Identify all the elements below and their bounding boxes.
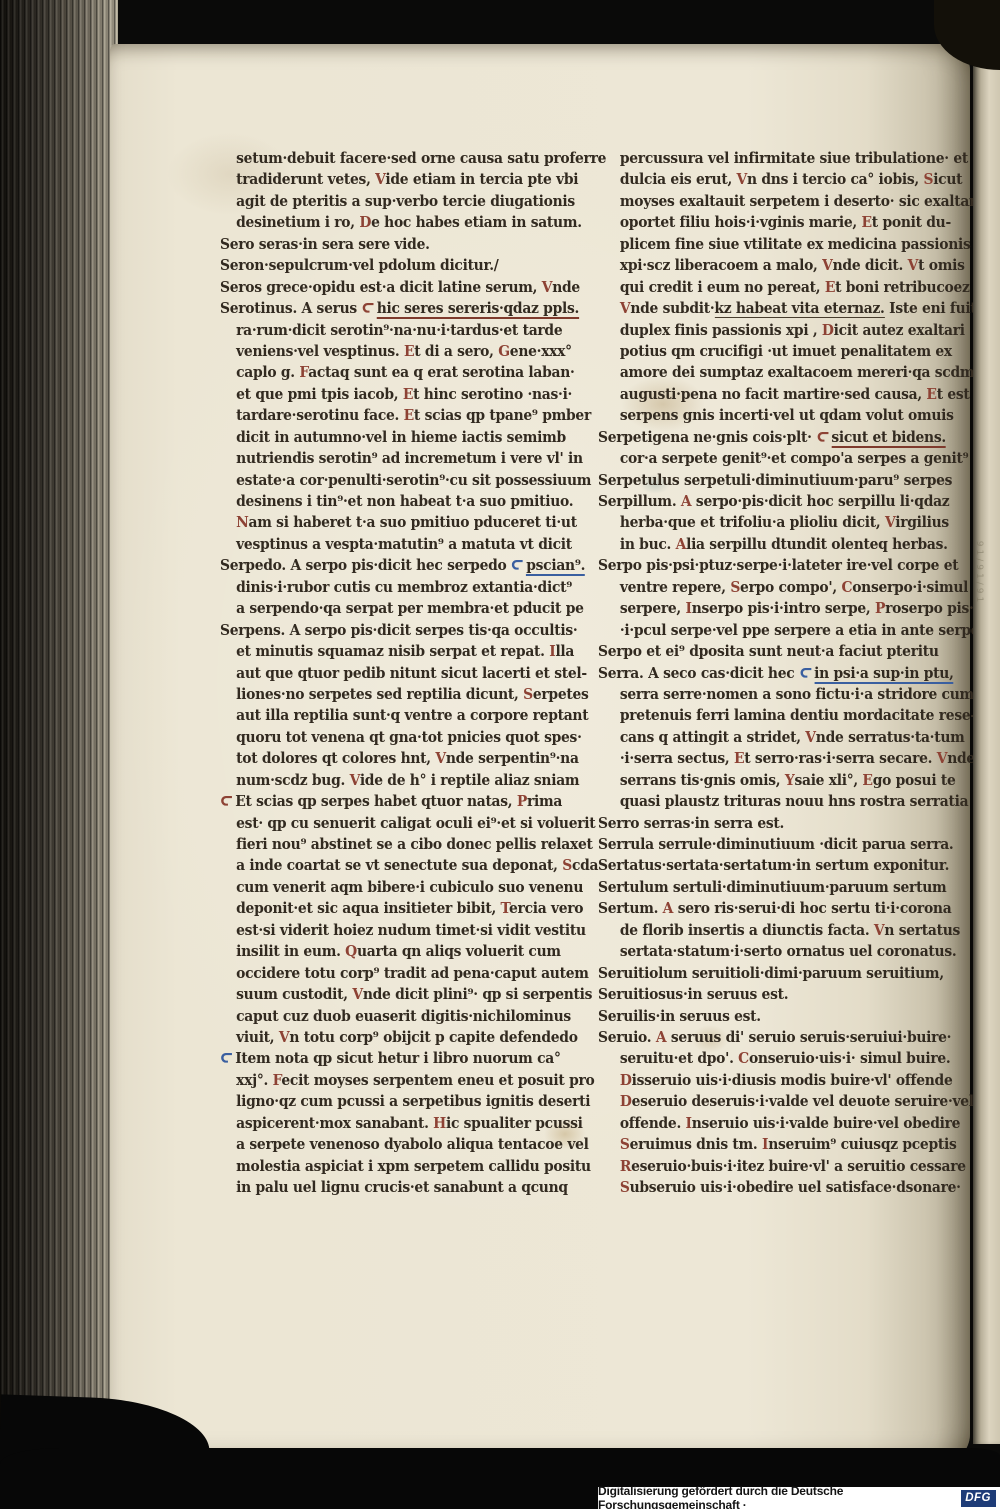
text-line: Sertulum sertuli·diminutiuum·paruum sert… [598, 877, 951, 898]
text-segment: t ponit du- [872, 214, 951, 231]
text-segment: insilit in eum. [236, 943, 345, 960]
text-line: a serpete venenoso dyabolo aliqua tentac… [220, 1134, 573, 1155]
text-segment: E [862, 214, 872, 231]
text-segment: kz habeat vita eternaz. [714, 300, 884, 318]
text-line: cans q attingit a stridet, Vnde serratus… [598, 727, 951, 748]
text-segment: aut que qtuor pedib nitunt sicut lacerti… [236, 665, 587, 682]
text-segment: Item nota qp sicut hetur i libro nuorum … [235, 1050, 560, 1067]
text-line: num·scdz bug. Vide de h° i reptile aliaz… [220, 770, 573, 791]
text-line: in buc. Alia serpillu dtundit olenteq he… [598, 534, 951, 555]
text-segment: serpo·pis·dicit hoc serpillu li·qdaz [691, 493, 949, 510]
text-segment: est· qp cu senuerit caligat oculi ei⁹·et… [236, 815, 595, 832]
text-line: pretenuis ferri lamina dentiu mordacitat… [598, 705, 951, 726]
text-segment: roserpo pis· [885, 600, 973, 617]
text-segment: nseruim⁹ cuiusqz pceptis [768, 1136, 956, 1153]
text-segment: cda [572, 857, 598, 874]
text-segment: serrans tis·gnis omis, [620, 772, 785, 789]
text-segment: e hoc habes etiam in satum. [371, 214, 582, 231]
text-segment: Sertum. [598, 900, 663, 917]
text-line: Seruitiosus·in seruus est. [598, 984, 951, 1005]
text-segment: ·i·serra sectus, [620, 750, 734, 767]
text-segment: Et scias qp serpes habet qtuor natas, [235, 793, 517, 810]
paragraph-mark-icon [800, 665, 811, 686]
text-line: dinis·i·rubor cutis cu membroz extantia·… [220, 577, 573, 598]
text-segment: tradiderunt vetes, [236, 171, 375, 188]
text-line: Seros grece·opidu est·a dicit latine ser… [220, 277, 573, 298]
text-line: cum venerit aqm bibere·i cubiculo suo ve… [220, 877, 573, 898]
text-segment: go posui te [873, 772, 956, 789]
text-line: ·i·pcul serpe·vel ppe serpere a etia in … [598, 620, 951, 641]
text-segment: qui credit i eum no pereat, [620, 279, 825, 296]
text-line: Serra. A seco cas·dicit hec in psi·a sup… [598, 663, 951, 684]
text-segment: t di a sero, [414, 343, 498, 360]
text-line: Et scias qp serpes habet qtuor natas, Pr… [220, 791, 573, 812]
text-segment: Serpens. A serpo pis·dicit serpes tis·qa… [220, 622, 577, 639]
text-segment: agit de pteritis a sup·verbo tercie diug… [236, 193, 575, 210]
text-segment: ubseruio uis·i·obedire uel satisface·dso… [630, 1179, 961, 1196]
text-segment: caplo g. [236, 364, 299, 381]
text-segment: Serpedo. A serpo pis·dicit hec serpedo [220, 557, 511, 574]
text-line: veniens·vel vesptinus. Et di a sero, Gen… [220, 341, 573, 362]
text-segment: Serpillum. [598, 493, 681, 510]
text-segment: t boni retribucoez [835, 279, 969, 296]
text-segment: nutriendis serotin⁹ ad incremetum i vere… [236, 450, 583, 467]
text-line: Serrula serrule·diminutiuum ·dicit parua… [598, 834, 951, 855]
text-segment: S [562, 857, 572, 874]
text-line: fieri nou⁹ abstinet se a cibo donec pell… [220, 834, 573, 855]
text-segment: tardare·serotinu face. [236, 407, 403, 424]
text-line: et minutis squamaz nisib serpat et repat… [220, 641, 573, 662]
text-segment: ra·rum·dicit serotin⁹·na·nu·i·tardus·et … [236, 322, 562, 339]
paragraph-mark-icon [817, 429, 828, 450]
text-segment: E [404, 343, 414, 360]
text-segment: S [620, 1136, 630, 1153]
text-segment: Seruio. [598, 1029, 656, 1046]
text-segment: Y [785, 772, 795, 789]
text-segment: H [433, 1115, 446, 1132]
text-segment: R [620, 1158, 631, 1175]
paragraph-mark-icon [512, 557, 523, 578]
text-segment: dulcia eis erut, [620, 171, 737, 188]
text-segment: nde dicit. [833, 257, 908, 274]
text-line: Seruio. A seruus di' seruio seruis·serui… [598, 1027, 951, 1048]
text-segment: est·si viderit hoiez nudum timet·si vidi… [236, 922, 586, 939]
text-segment: t hinc serotino ·nas·i· [413, 386, 572, 403]
text-segment: Q [345, 943, 357, 960]
text-line: Reseruio·buis·i·itez buire·vl' a seruiti… [598, 1156, 951, 1177]
text-segment: ide etiam in tercia pte vbi [385, 171, 578, 188]
text-line: Serotinus. A serus hic seres sereris·qda… [220, 298, 573, 319]
text-segment: quoru tot venena qt gna·tot pnicies quot… [236, 729, 581, 746]
text-segment: V [822, 257, 832, 274]
dfg-logo: DFG [961, 1490, 996, 1507]
text-segment: ecit moyses serpentem eneu et posuit pro [281, 1072, 594, 1089]
text-segment: V [908, 257, 918, 274]
text-segment: V [620, 300, 630, 317]
text-segment: V [805, 729, 815, 746]
text-line: Vnde subdit·kz habeat vita eternaz. Iste… [598, 298, 951, 319]
text-segment: nde dicit plini⁹· qp si serpentis [363, 986, 592, 1003]
text-segment: V [737, 171, 747, 188]
text-line: Seruimus dnis tm. Inseruim⁹ cuiusqz pcep… [598, 1134, 951, 1155]
text-segment: pretenuis ferri lamina dentiu mordacitat… [620, 707, 976, 724]
text-segment: S [620, 1179, 630, 1196]
text-line: dicit in autumno·vel in hieme iactis sem… [220, 427, 573, 448]
text-segment: G [498, 343, 510, 360]
text-segment: V [937, 750, 947, 767]
text-segment: ligno·qz cum pcussi a serpetibus ignitis… [236, 1093, 590, 1110]
text-segment: actaq sunt ea q erat serotina laban· [308, 364, 574, 381]
book-scan: setum·debuit facere·sed orne causa satu … [0, 0, 1000, 1509]
text-segment: xxj°. [236, 1072, 272, 1089]
text-line: percussura vel infirmitate siue tribulat… [598, 148, 951, 169]
text-segment: veniens·vel vesptinus. [236, 343, 404, 360]
text-segment: cor·a serpete genit⁹·et compo'a serpes a… [620, 450, 969, 467]
text-segment: V [375, 171, 385, 188]
text-line: Nam si haberet t·a suo pmitiuo pduceret … [220, 512, 573, 533]
text-segment: V [352, 986, 362, 1003]
text-segment: Serpo et ei⁹ dposita sunt neut·a faciut … [598, 643, 939, 660]
text-segment: S [523, 686, 533, 703]
text-line: et que pmi tpis iacob, Et hinc serotino … [220, 384, 573, 405]
text-segment: caput cuz duob euaserit digitis·nichilom… [236, 1008, 571, 1025]
text-segment: icut [933, 171, 962, 188]
text-segment: a serpete venenoso dyabolo aliqua tentac… [236, 1136, 588, 1153]
text-line: caput cuz duob euaserit digitis·nichilom… [220, 1006, 573, 1027]
text-segment: percussura vel infirmitate siue tribulat… [620, 150, 968, 167]
text-segment: C [738, 1050, 749, 1067]
text-line: Serpillum. A serpo·pis·dicit hoc serpill… [598, 491, 951, 512]
facing-page-sliver: 91/91/91 [973, 48, 1000, 1444]
text-line: Seruilis·in seruus est. [598, 1006, 951, 1027]
text-line: potius qm crucifigi ·ut imuet penalitate… [598, 341, 951, 362]
text-segment: Sertulum sertuli·diminutiuum·paruum sert… [598, 879, 946, 896]
text-line: tardare·serotinu face. Et scias qp tpane… [220, 405, 573, 426]
text-segment: P [875, 600, 885, 617]
text-line: dulcia eis erut, Vn dns i tercio ca° iob… [598, 169, 951, 190]
text-segment: E [404, 407, 414, 424]
text-segment: pscian⁹. [526, 557, 585, 576]
text-segment: t omis [918, 257, 965, 274]
text-segment: ventre repere, [620, 579, 730, 596]
text-segment: estate·a cor·penulti·serotin⁹·cu sit pos… [236, 472, 591, 489]
text-line: Item nota qp sicut hetur i libro nuorum … [220, 1048, 573, 1069]
text-segment: Seruitiosus·in seruus est. [598, 986, 788, 1003]
text-segment: ·i·pcul serpe·vel ppe serpere a etia in … [620, 622, 980, 639]
text-segment: onseruio·uis·i· simul buire. [749, 1050, 951, 1067]
text-segment: erpetes [533, 686, 589, 703]
text-segment: in buc. [620, 536, 676, 553]
text-line: Subseruio uis·i·obedire uel satisface·ds… [598, 1177, 951, 1198]
text-line: augusti·pena no facit martire·sed causa,… [598, 384, 951, 405]
text-segment: isseruio uis·i·diusis modis buire·vl' of… [632, 1072, 953, 1089]
text-segment: desinens i tin⁹·et non habeat t·a suo pm… [236, 493, 573, 510]
text-line: Serpedo. A serpo pis·dicit hec serpedo p… [220, 555, 573, 576]
text-line: Disseruio uis·i·diusis modis buire·vl' o… [598, 1070, 951, 1091]
text-segment: D [620, 1093, 632, 1110]
text-line: suum custodit, Vnde dicit plini⁹· qp si … [220, 984, 573, 1005]
text-segment: sicut et bidens. [831, 429, 946, 448]
credit-text: Digitalisierung gefördert durch die Deut… [598, 1484, 956, 1509]
text-line: insilit in eum. Quarta qn aliqs voluerit… [220, 941, 573, 962]
text-segment: uarta qn aliqs voluerit cum [357, 943, 561, 960]
text-segment: E [862, 772, 872, 789]
text-segment: seruitu·et dpo'. [620, 1050, 738, 1067]
text-segment: nde [552, 279, 580, 296]
text-segment: n totu corp⁹ obijcit p capite defendedo [289, 1029, 577, 1046]
text-segment: plicem fine siue vtilitate ex medicina p… [620, 236, 971, 253]
text-segment: E [926, 386, 936, 403]
text-line: viuit, Vn totu corp⁹ obijcit p capite de… [220, 1027, 573, 1048]
text-segment: liones·no serpetes sed reptilia dicunt, [236, 686, 523, 703]
text-line: nutriendis serotin⁹ ad incremetum i vere… [220, 448, 573, 469]
text-line: aut illa reptilia sunt·q ventre a corpor… [220, 705, 573, 726]
text-segment: V [279, 1029, 289, 1046]
text-line: quoru tot venena qt gna·tot pnicies quot… [220, 727, 573, 748]
text-segment: V [350, 772, 360, 789]
text-segment: A [663, 900, 673, 917]
text-line: desinetium i ro, De hoc habes etiam in s… [220, 212, 573, 233]
text-segment: saie xli°, [794, 772, 862, 789]
text-line: quasi plaustz trituras nouu hns rostra s… [598, 791, 951, 812]
text-line: de florib insertis a diunctis facta. Vn … [598, 920, 951, 941]
text-segment: Sero seras·in sera sere vide. [220, 236, 430, 253]
text-segment: V [435, 750, 445, 767]
text-segment: serra serre·nomen a sono fictu·i·a strid… [620, 686, 974, 703]
text-segment: aut illa reptilia sunt·q ventre a corpor… [236, 707, 588, 724]
page-edges-top [0, 0, 1000, 46]
text-segment: vesptinus a vespta·matutin⁹ a matuta vt … [236, 536, 572, 553]
text-line: xxj°. Fecit moyses serpentem eneu et pos… [220, 1070, 573, 1091]
text-segment: t serro·ras·i·serra secare. [744, 750, 936, 767]
text-segment: ic spualiter pcussi [446, 1115, 583, 1132]
text-segment: tot dolores qt colores hnt, [236, 750, 435, 767]
text-segment: V [885, 514, 895, 531]
text-segment: dicit in autumno·vel in hieme iactis sem… [236, 429, 566, 446]
text-segment: Iste eni fuit [885, 300, 977, 317]
text-line: Serpo pis·psi·ptuz·serpe·i·lateter ire·v… [598, 555, 951, 576]
text-segment: Serrula serrule·diminutiuum ·dicit parua… [598, 836, 953, 853]
text-segment: nseruio uis·i·valde buire·vel obedire [692, 1115, 960, 1132]
text-segment: D [822, 322, 834, 339]
text-segment: am si haberet t·a suo pmitiuo pduceret t… [249, 514, 577, 531]
text-segment: E [734, 750, 744, 767]
text-line: tot dolores qt colores hnt, Vnde serpent… [220, 748, 573, 769]
text-segment: n sertatus [884, 922, 960, 939]
text-segment: nde subdit· [630, 300, 714, 317]
text-line: a inde coartat se vt senectute sua depon… [220, 855, 573, 876]
text-segment: xpi·scz liberacoem a malo, [620, 257, 822, 274]
text-segment: Seron·sepulcrum·vel pdolum dicitur./ [220, 257, 499, 274]
text-segment: dinis·i·rubor cutis cu membroz extantia·… [236, 579, 572, 596]
text-segment: moyses exaltauit serpetem i deserto· sic… [620, 193, 981, 210]
text-segment: V [874, 922, 884, 939]
text-line: herba·que et trifoliu·a plioliu dicit, V… [598, 512, 951, 533]
text-line: est· qp cu senuerit caligat oculi ei⁹·et… [220, 813, 573, 834]
text-segment: offende. [620, 1115, 686, 1132]
text-segment: lia serpillu dtundit olenteq herbas. [686, 536, 948, 553]
text-segment: eseruio·buis·i·itez buire·vl' a seruitio… [631, 1158, 966, 1175]
text-line: Serro serras·in serra est. [598, 813, 951, 834]
text-segment: Serotinus. A serus [220, 300, 361, 317]
text-line: moyses exaltauit serpetem i deserto· sic… [598, 191, 951, 212]
text-segment: serpens gnis incerti·vel ut qdam volut o… [620, 407, 954, 424]
text-line: Sertatus·sertata·sertatum·in sertum expo… [598, 855, 951, 876]
text-line: liones·no serpetes sed reptilia dicunt, … [220, 684, 573, 705]
text-column-left: setum·debuit facere·sed orne causa satu … [220, 148, 592, 1198]
text-line: amore dei sumptaz exaltacoem mereri·qa s… [598, 362, 951, 383]
text-segment: in palu uel lignu crucis·et sanabunt a q… [236, 1179, 568, 1196]
text-line: est·si viderit hoiez nudum timet·si vidi… [220, 920, 573, 941]
text-segment: Serpetulus serpetuli·diminutiuum·paru⁹ s… [598, 472, 952, 489]
text-segment: T [501, 900, 509, 917]
paragraph-mark-icon [362, 300, 373, 321]
text-segment: nserpo pis·i·intro serpe, [692, 600, 875, 617]
text-segment: onserpo·i·simul [852, 579, 968, 596]
text-segment: F [273, 1072, 282, 1089]
text-line: setum·debuit facere·sed orne causa satu … [220, 148, 573, 169]
text-line: ventre repere, Serpo compo', Conserpo·i·… [598, 577, 951, 598]
text-segment: serpere, [620, 600, 686, 617]
text-segment: ercia vero [509, 900, 583, 917]
text-line: Serpens. A serpo pis·dicit serpes tis·qa… [220, 620, 573, 641]
text-segment: E [825, 279, 835, 296]
text-segment: Seruitiolum seruitioli·dimi·paruum serui… [598, 965, 944, 982]
text-line: duplex finis passionis xpi , Dicit autez… [598, 320, 951, 341]
text-line: oportet filiu hois·i·vginis marie, Et po… [598, 212, 951, 233]
text-segment: in psi·a sup·in ptu, [814, 665, 953, 684]
text-line: ·i·serra sectus, Et serro·ras·i·serra se… [598, 748, 951, 769]
text-segment: S [730, 579, 740, 596]
text-segment: t scias qp tpane⁹ pmber [414, 407, 591, 424]
text-segment: amore dei sumptaz exaltacoem mereri·qa s… [620, 364, 974, 381]
paragraph-mark-icon [221, 1050, 232, 1071]
text-line: sertata·statum·i·serto ornatus uel coron… [598, 941, 951, 962]
text-segment: Seruilis·in seruus est. [598, 1008, 761, 1025]
text-segment: quasi plaustz trituras nouu hns rostra s… [620, 793, 968, 810]
text-segment: P [517, 793, 527, 810]
text-segment: A [656, 1029, 666, 1046]
paragraph-mark-icon [221, 793, 232, 814]
text-segment: cum venerit aqm bibere·i cubiculo suo ve… [236, 879, 583, 896]
text-segment: hic seres sereris·qdaz ppls. [377, 300, 579, 319]
text-segment: herba·que et trifoliu·a plioliu dicit, [620, 514, 885, 531]
text-segment: n dns i tercio ca° iobis, [747, 171, 923, 188]
text-segment: erpo compo', [740, 579, 841, 596]
text-segment: suum custodit, [236, 986, 352, 1003]
text-line: in palu uel lignu crucis·et sanabunt a q… [220, 1177, 573, 1198]
digitization-credit-bar: Digitalisierung gefördert durch die Deut… [598, 1487, 1000, 1509]
text-segment: nde serratus·ta·tum [816, 729, 965, 746]
text-segment: sero ris·serui·di hoc sertu ti·i·corona [673, 900, 951, 917]
text-segment: V [542, 279, 552, 296]
text-line: occidere totu corp⁹ tradit ad pena·caput… [220, 963, 573, 984]
text-line: desinens i tin⁹·et non habeat t·a suo pm… [220, 491, 573, 512]
text-segment: potius qm crucifigi ·ut imuet penalitate… [620, 343, 952, 360]
text-segment: Serra. A seco cas·dicit hec [598, 665, 799, 682]
text-column-right: percussura vel infirmitate siue tribulat… [598, 148, 970, 1198]
text-segment: A [676, 536, 686, 553]
text-segment: C [841, 579, 852, 596]
text-line: seruitu·et dpo'. Conseruio·uis·i· simul … [598, 1048, 951, 1069]
text-segment: de florib insertis a diunctis facta. [620, 922, 874, 939]
text-segment: nde [947, 750, 975, 767]
text-segment: A [681, 493, 691, 510]
text-line: serpere, Inserpo pis·i·intro serpe, Pros… [598, 598, 951, 619]
text-segment: rima [527, 793, 562, 810]
text-line: ra·rum·dicit serotin⁹·na·nu·i·tardus·et … [220, 320, 573, 341]
text-segment: sertata·statum·i·serto ornatus uel coron… [620, 943, 957, 960]
text-segment: augusti·pena no facit martire·sed causa, [620, 386, 927, 403]
text-segment: irgilius [895, 514, 949, 531]
text-segment: F [299, 364, 308, 381]
text-line: aspicerent·mox sanabant. Hic spualiter p… [220, 1113, 573, 1134]
text-segment: D [620, 1072, 632, 1089]
margin-edge-marks: 91/91/91 [974, 541, 984, 605]
text-segment: seruus di' seruio seruis·seruiui·buire· [666, 1029, 951, 1046]
text-line: caplo g. Factaq sunt ea q erat serotina … [220, 362, 573, 383]
text-line: qui credit i eum no pereat, Et boni retr… [598, 277, 951, 298]
text-segment: a serpendo·qa serpat per membra·et pduci… [236, 600, 584, 617]
text-line: serpens gnis incerti·vel ut qdam volut o… [598, 405, 951, 426]
text-segment: oportet filiu hois·i·vginis marie, [620, 214, 862, 231]
text-line: molestia aspiciat i xpm serpetem callidu… [220, 1156, 573, 1177]
text-line: Sertum. A sero ris·serui·di hoc sertu ti… [598, 898, 951, 919]
text-segment: eruimus dnis tm. [630, 1136, 762, 1153]
text-segment: Seros grece·opidu est·a dicit latine ser… [220, 279, 542, 296]
text-line: xpi·scz liberacoem a malo, Vnde dicit. V… [598, 255, 951, 276]
text-line: serrans tis·gnis omis, Ysaie xli°, Ego p… [598, 770, 951, 791]
text-segment: duplex finis passionis xpi , [620, 322, 822, 339]
text-segment: fieri nou⁹ abstinet se a cibo donec pell… [236, 836, 592, 853]
text-line: a serpendo·qa serpat per membra·et pduci… [220, 598, 573, 619]
text-segment: et minutis squamaz nisib serpat et repat… [236, 643, 549, 660]
text-segment: a inde coartat se vt senectute sua depon… [236, 857, 562, 874]
text-line: deponit·et sic aqua insitieter bibit, Te… [220, 898, 573, 919]
text-line: plicem fine siue vtilitate ex medicina p… [598, 234, 951, 255]
text-segment: occidere totu corp⁹ tradit ad pena·caput… [236, 965, 588, 982]
text-segment: ene·xxx° [510, 343, 572, 360]
text-segment: Serpo pis·psi·ptuz·serpe·i·lateter ire·v… [598, 557, 958, 574]
text-segment: aspicerent·mox sanabant. [236, 1115, 433, 1132]
text-line: aut que qtuor pedib nitunt sicut lacerti… [220, 663, 573, 684]
text-segment: E [403, 386, 413, 403]
text-segment: Serro serras·in serra est. [598, 815, 784, 832]
text-segment: setum·debuit facere·sed orne causa satu … [236, 150, 606, 167]
text-line: offende. Inseruio uis·i·valde buire·vel … [598, 1113, 951, 1134]
manuscript-page: setum·debuit facere·sed orne causa satu … [110, 44, 970, 1464]
text-line: serra serre·nomen a sono fictu·i·a strid… [598, 684, 951, 705]
text-line: Serpetigena ne·gnis cois·plt· sicut et b… [598, 427, 951, 448]
text-line: cor·a serpete genit⁹·et compo'a serpes a… [598, 448, 951, 469]
text-line: ligno·qz cum pcussi a serpetibus ignitis… [220, 1091, 573, 1112]
text-line: Serpetulus serpetuli·diminutiuum·paru⁹ s… [598, 470, 951, 491]
text-segment: t est [937, 386, 970, 403]
text-segment: Serpetigena ne·gnis cois·plt· [598, 429, 816, 446]
text-segment: D [359, 214, 371, 231]
text-segment: eseruio deseruis·i·valde vel deuote seru… [632, 1093, 974, 1110]
text-segment: S [923, 171, 933, 188]
text-segment: deponit·et sic aqua insitieter bibit, [236, 900, 500, 917]
text-segment: num·scdz bug. [236, 772, 349, 789]
text-segment: nde serpentin⁹·na [446, 750, 579, 767]
text-segment: cans q attingit a stridet, [620, 729, 805, 746]
text-line: agit de pteritis a sup·verbo tercie diug… [220, 191, 573, 212]
text-segment: ide de h° i reptile aliaz sniam [360, 772, 579, 789]
page-edges-left [0, 0, 118, 1460]
text-line: Deseruio deseruis·i·valde vel deuote ser… [598, 1091, 951, 1112]
text-line: Sero seras·in sera sere vide. [220, 234, 573, 255]
